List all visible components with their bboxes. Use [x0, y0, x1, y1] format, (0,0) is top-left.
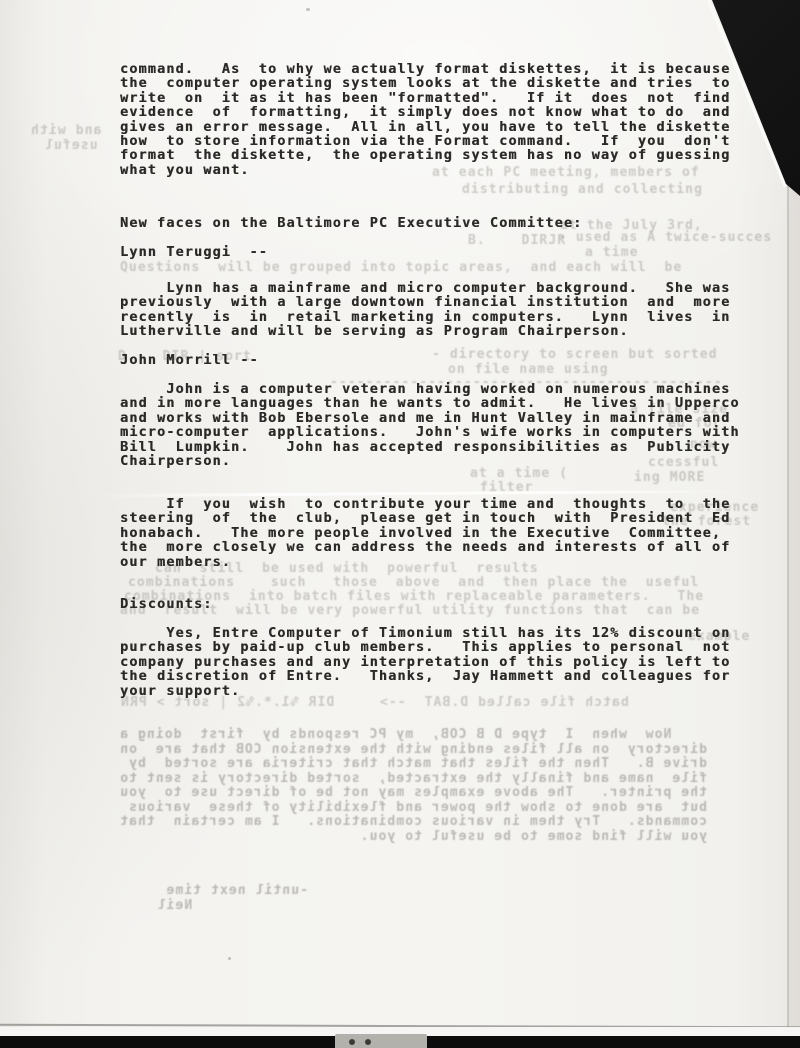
name-john-morrill: John Morrill -- — [120, 353, 259, 367]
bleedthrough-fragment: B. DIRJR — [468, 234, 566, 248]
bleedthrough-fragment: - directory to screen but sorted — [432, 348, 718, 362]
right-edge-crease — [787, 178, 789, 1028]
scan-speck — [306, 8, 310, 11]
bleedthrough-back-paragraph: Now when I type D B COB, my PC responds … — [85, 728, 707, 844]
bleedthrough-fragment: distributing and collecting — [462, 183, 703, 197]
tab-dot — [349, 1039, 355, 1045]
paragraph-entre-discount: Yes, Entre Computer of Timonium still ha… — [120, 626, 730, 698]
paragraph-john-bio: John is a computer veteran having worked… — [120, 382, 740, 468]
paragraph-contribute: If you wish to contribute your time and … — [120, 497, 730, 569]
right-edge-shading — [789, 178, 800, 1028]
bleedthrough-fragment: ing MORE — [634, 471, 705, 485]
heading-new-faces: New faces on the Baltimore PC Executive … — [120, 216, 582, 230]
heading-discounts: Discounts: — [120, 597, 212, 611]
paragraph-lynn-bio: Lynn has a mainframe and micro computer … — [120, 281, 730, 339]
scan-speck — [228, 957, 231, 960]
bleedthrough-signoff: -until next time Neil — [140, 884, 308, 913]
bleedthrough-fragment: and with — [30, 124, 101, 138]
bleedthrough-fragment: a time — [585, 246, 639, 260]
scanned-document-page: and withusefulat each PC meeting, member… — [0, 0, 800, 1048]
paragraph-format-command: command. As to why we actually format di… — [120, 62, 730, 177]
bleedthrough-fragment: Questions will be grouped into topic are… — [120, 261, 682, 275]
binding-tab — [335, 1034, 427, 1048]
bleedthrough-fragment: useful — [44, 139, 98, 153]
name-lynn-teruggi: Lynn Teruggi -- — [120, 245, 268, 259]
tab-dot — [365, 1039, 371, 1045]
bleedthrough-fragment: - used as A twice-succes — [558, 231, 772, 245]
